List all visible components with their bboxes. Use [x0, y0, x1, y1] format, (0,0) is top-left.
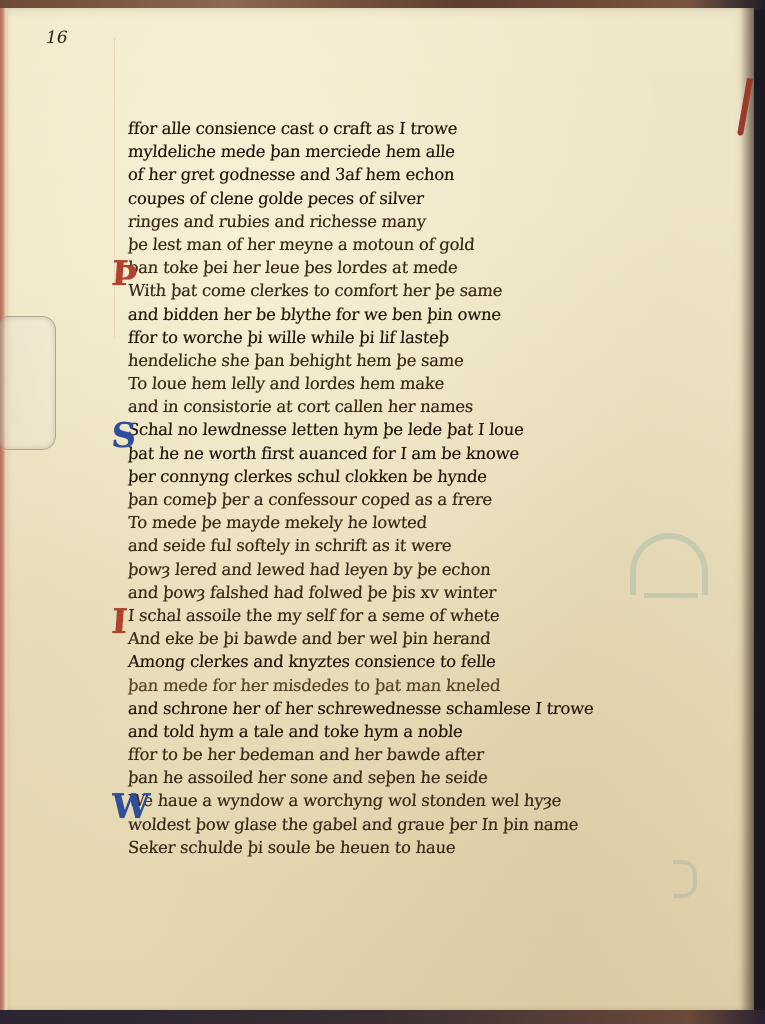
text-line: þat he ne worth first auanced for I am b… [127, 442, 729, 465]
text-line: And eke be þi bawde and ber wel þin hera… [127, 627, 729, 650]
text-line: and þowȝ falshed had folwed þe þis xv wi… [127, 581, 729, 604]
text-line-with-red-initial: Þ þan toke þei her leue þes lordes at me… [127, 256, 729, 279]
text-line: þan mede for her misdedes to þat man kne… [127, 674, 729, 697]
text-line-with-red-initial: I I schal assoile the my self for a seme… [127, 604, 729, 627]
text-line: and schrone her of her schrewednesse sch… [127, 697, 729, 720]
red-decorated-initial: I [110, 602, 128, 642]
page-tab [0, 316, 56, 450]
text-line: hendeliche she þan behight hem þe same [127, 349, 729, 372]
text-line: ringes and rubies and richesse many [127, 210, 729, 233]
text-line-content: Schal no lewdnesse letten hym þe lede þa… [127, 420, 524, 439]
text-line: and told hym a tale and toke hym a noble [127, 720, 729, 743]
text-line-with-blue-initial: S Schal no lewdnesse letten hym þe lede … [127, 418, 729, 441]
text-line: and in consistorie at cort callen her na… [127, 395, 729, 418]
folio-number: 16 [46, 28, 68, 48]
text-line-content: I schal assoile the my self for a seme o… [127, 606, 500, 625]
text-line: þer connyng clerkes schul clokken be hyn… [127, 465, 729, 488]
text-line: þan he assoiled her sone and seþen he se… [127, 766, 729, 789]
text-line: myldeliche mede þan merciede hem alle [127, 140, 729, 163]
text-line: þowȝ lered and lewed had leyen by þe ech… [127, 558, 729, 581]
show-through-initial-lower [673, 860, 697, 898]
text-line: With þat come clerkes to comfort her þe … [127, 279, 729, 302]
text-line: Among clerkes and knyztes consience to f… [127, 650, 729, 673]
text-line-content: þan toke þei her leue þes lordes at mede [127, 258, 458, 277]
book-bottom-edge [0, 1010, 765, 1024]
text-line: woldest þow glase the gabel and graue þe… [127, 813, 729, 836]
text-line: To loue hem lelly and lordes hem make [127, 372, 729, 395]
text-line: coupes of clene golde peces of silver [127, 187, 729, 210]
text-line: To mede þe mayde mekely he lowted [127, 511, 729, 534]
text-line: and seide ful softely in schrift as it w… [127, 534, 729, 557]
text-line-content: We haue a wyndow a worchyng wol stonden … [127, 791, 561, 810]
text-line: ffor to worche þi wille while þi lif las… [127, 326, 729, 349]
text-line: þan comeþ þer a confessour coped as a fr… [127, 488, 729, 511]
text-line: þe lest man of her meyne a motoun of gol… [127, 233, 729, 256]
gutter-shadow [740, 8, 754, 1014]
text-line: Seker schulde þi soule be heuen to haue [127, 836, 729, 859]
text-line-with-blue-initial: W We haue a wyndow a worchyng wol stonde… [127, 789, 729, 812]
text-line: ffor to be her bedeman and her bawde aft… [127, 743, 729, 766]
manuscript-page: 16 ffor alle consience cast o craft as I… [8, 8, 754, 1014]
text-line: and bidden her be blythe for we ben þin … [127, 303, 729, 326]
text-line: ffor alle consience cast o craft as I tr… [127, 117, 729, 140]
manuscript-text-block: ffor alle consience cast o craft as I tr… [128, 117, 728, 859]
text-line: of her gret godnesse and 3af hem echon [127, 163, 729, 186]
